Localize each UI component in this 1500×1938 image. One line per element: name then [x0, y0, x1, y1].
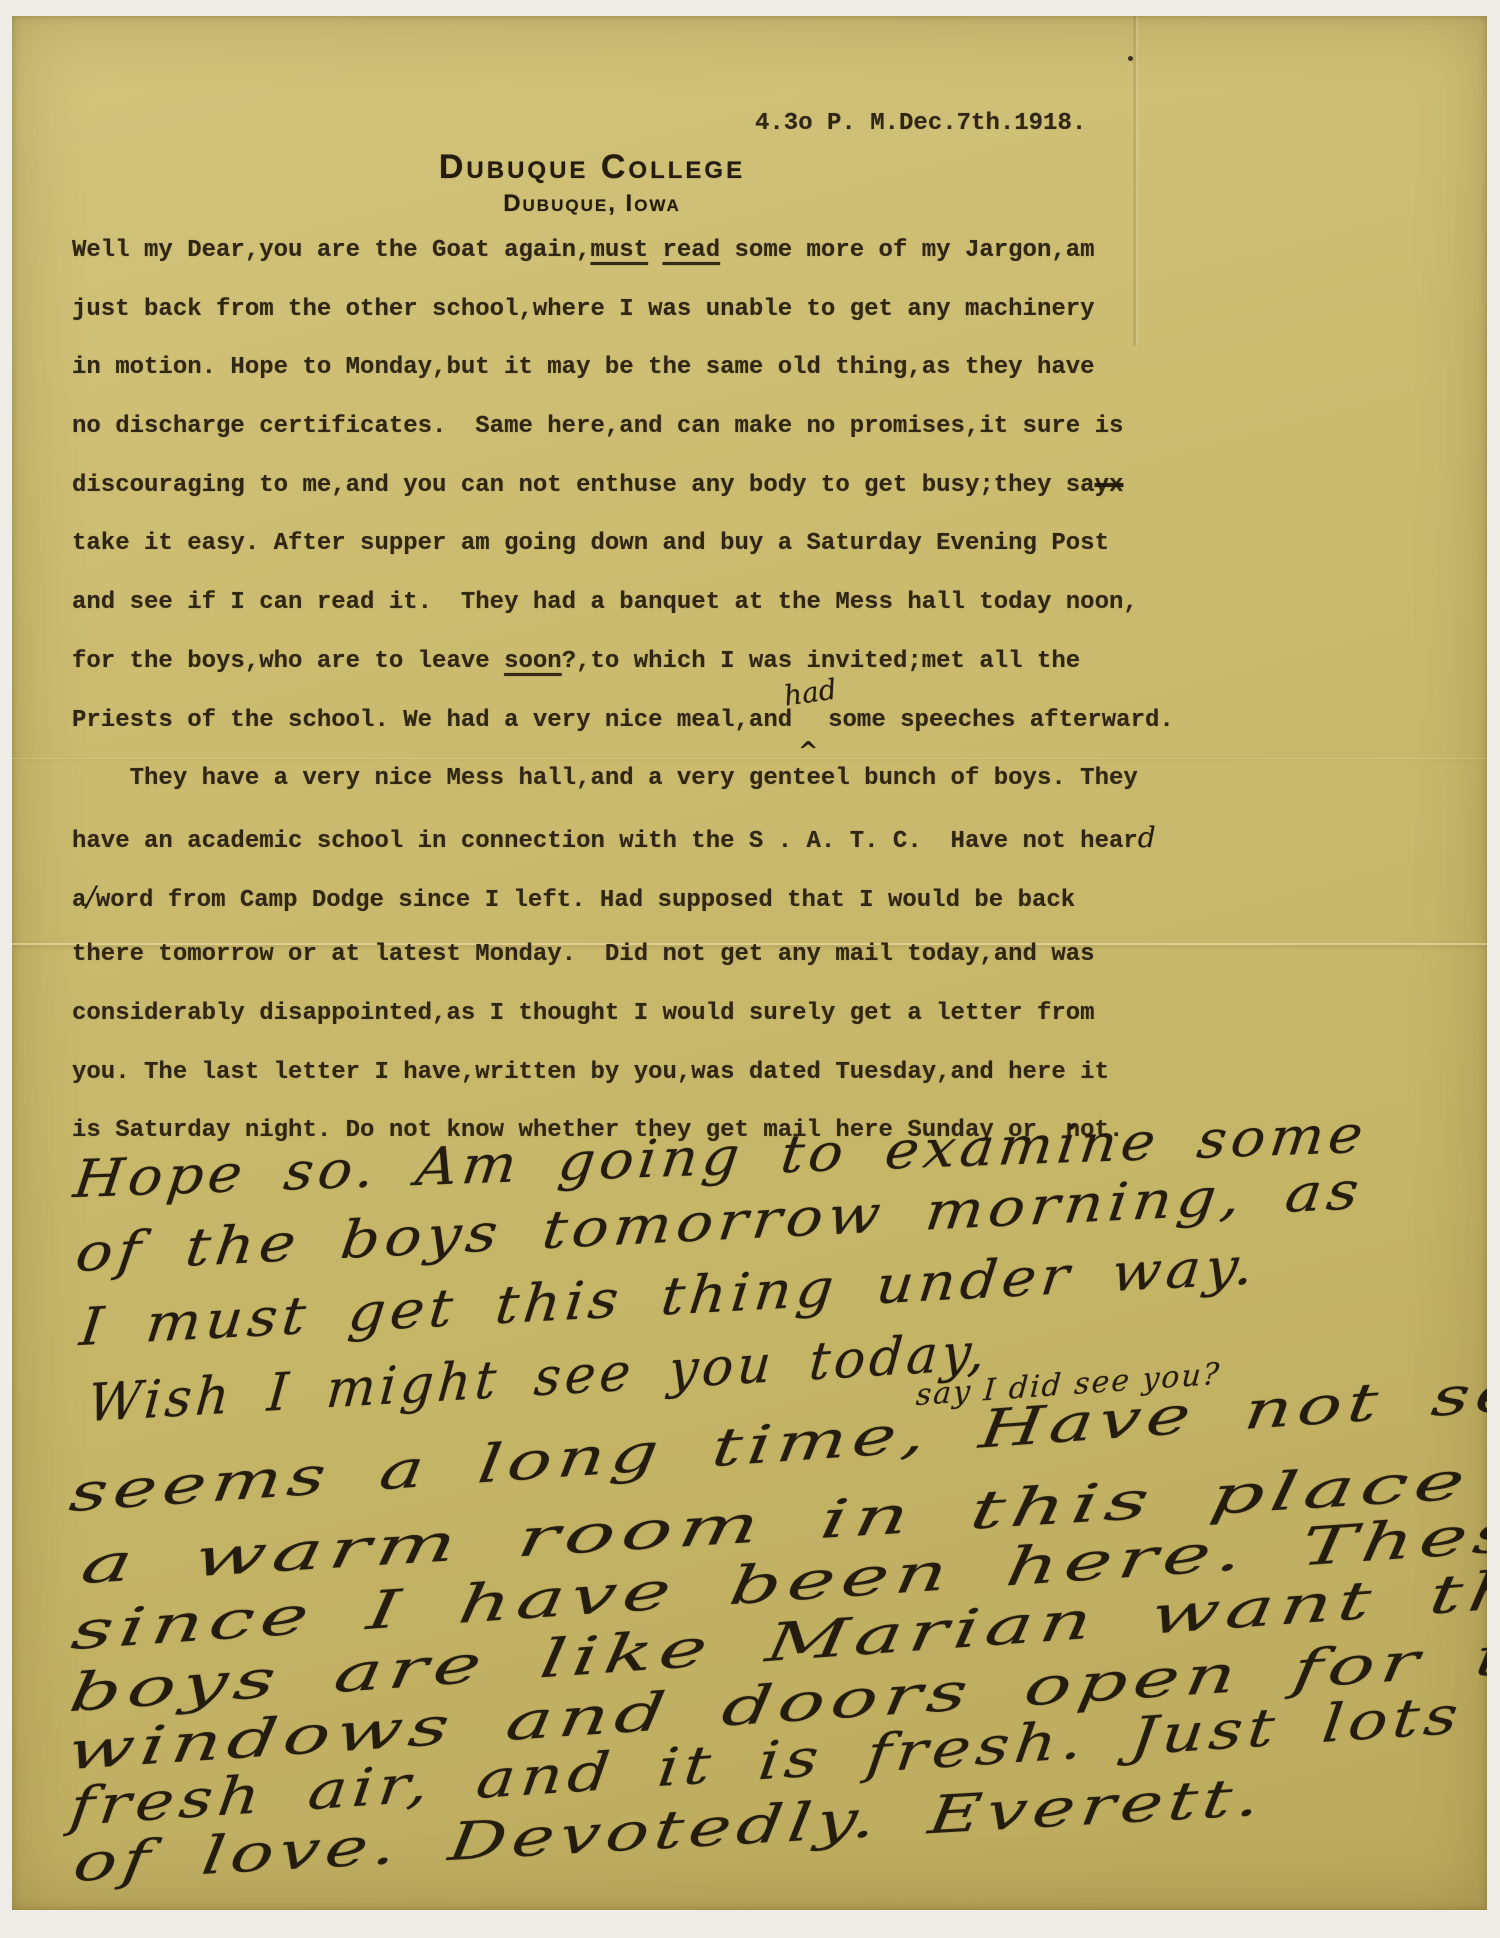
paper-speck	[1128, 56, 1133, 61]
typed-underline-mark: read	[663, 237, 721, 264]
typed-text: discouraging to me,and you can not enthu…	[72, 472, 1095, 499]
letter-scan: 4.3o P. M.Dec.7th.1918. Dubuque College …	[0, 0, 1500, 1938]
caret-mark: ^	[798, 722, 818, 781]
typed-body: Well my Dear,you are the Goat again,must…	[72, 222, 1174, 1161]
inserted-word: had	[780, 660, 840, 725]
typed-underline-mark: soon	[504, 648, 562, 675]
typed-text: for the boys,who are to leave	[72, 648, 504, 675]
typed-text: just back from the other school,where I …	[72, 296, 1095, 323]
typed-line: Well my Dear,you are the Goat again,must…	[72, 222, 1174, 281]
typed-line: no discharge certificates. Same here,and…	[72, 398, 1174, 457]
typed-line: considerably disappointed,as I thought I…	[72, 985, 1174, 1044]
letter-paper: 4.3o P. M.Dec.7th.1918. Dubuque College …	[12, 16, 1487, 1910]
typed-text: a	[72, 887, 86, 914]
letterhead: Dubuque College Dubuque, Iowa	[12, 148, 1172, 218]
typed-text: take it easy. After supper am going down…	[72, 530, 1109, 557]
typed-text: Well my Dear,you are the Goat again,	[72, 237, 590, 264]
typed-text: considerably disappointed,as I thought I…	[72, 1000, 1095, 1027]
typed-line: there tomorrow or at latest Monday. Did …	[72, 926, 1174, 985]
typed-hand-mark: /	[86, 880, 95, 913]
typed-insert-mark: had^	[792, 716, 828, 726]
typed-text: there tomorrow or at latest Monday. Did …	[72, 941, 1095, 968]
typed-line: for the boys,who are to leave soon?,to w…	[72, 633, 1174, 692]
typed-line: just back from the other school,where I …	[72, 281, 1174, 340]
typed-line: a/word from Camp Dodge since I left. Had…	[72, 868, 1174, 927]
typed-line: They have a very nice Mess hall,and a ve…	[72, 750, 1174, 809]
typed-text: no discharge certificates. Same here,and…	[72, 413, 1123, 440]
letterhead-location: Dubuque, Iowa	[12, 190, 1172, 218]
typed-hand-mark: d	[1138, 821, 1156, 854]
typed-line: and see if I can read it. They had a ban…	[72, 574, 1174, 633]
typed-strike-mark: yx	[1095, 472, 1124, 499]
typed-line: you. The last letter I have,written by y…	[72, 1044, 1174, 1103]
typed-text: and see if I can read it. They had a ban…	[72, 589, 1138, 616]
typed-line: Priests of the school. We had a very nic…	[72, 692, 1174, 751]
typed-text: you. The last letter I have,written by y…	[72, 1059, 1109, 1086]
typed-text: They have a very nice Mess hall,and a ve…	[72, 765, 1138, 792]
letterhead-college-name: Dubuque College	[12, 148, 1172, 187]
typed-text: in motion. Hope to Monday,but it may be …	[72, 354, 1095, 381]
typed-line: take it easy. After supper am going down…	[72, 515, 1174, 574]
typed-line: have an academic school in connection wi…	[72, 809, 1174, 868]
handwritten-section: say I did see you? Hope so. Am going to …	[60, 1120, 1487, 1910]
typed-text: some speeches afterward.	[828, 707, 1174, 734]
typed-text: word from Camp Dodge since I left. Had s…	[96, 887, 1075, 914]
typed-underline-mark: must	[590, 237, 648, 264]
date-line: 4.3o P. M.Dec.7th.1918.	[755, 110, 1086, 137]
typed-text: some more of my Jargon,am	[720, 237, 1094, 264]
typed-text	[648, 237, 662, 264]
typed-text: have an academic school in connection wi…	[72, 828, 1138, 855]
typed-text: Priests of the school. We had a very nic…	[72, 707, 792, 734]
typed-line: discouraging to me,and you can not enthu…	[72, 457, 1174, 516]
typed-line: in motion. Hope to Monday,but it may be …	[72, 339, 1174, 398]
